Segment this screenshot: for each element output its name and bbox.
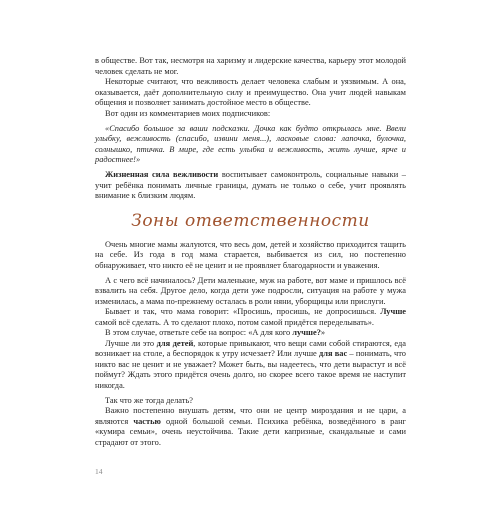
text-segment: Так что же тогда делать? bbox=[105, 396, 193, 405]
body-paragraph: Так что же тогда делать? bbox=[95, 396, 406, 407]
text-segment: в обществе. Вот так, несмотря на харизму… bbox=[95, 56, 406, 76]
text-segment: » bbox=[321, 328, 325, 337]
text-segment: Вот один из комментариев моих подписчико… bbox=[105, 109, 270, 118]
section-heading: Зоны ответственности bbox=[95, 210, 406, 232]
text-segment: В этом случае, ответьте себе на вопрос: … bbox=[105, 328, 292, 337]
text-segment: Очень многие мамы жалуются, что весь дом… bbox=[95, 240, 406, 270]
quote-paragraph: «Спасибо большое за ваши подсказки. Дочк… bbox=[95, 124, 406, 166]
bold-text-segment: лучше? bbox=[292, 328, 321, 337]
body-paragraph: Очень многие мамы жалуются, что весь дом… bbox=[95, 240, 406, 272]
text-segment: самой всё сделать. А то сделают плохо, п… bbox=[95, 318, 374, 327]
book-page: в обществе. Вот так, несмотря на харизму… bbox=[0, 0, 500, 532]
text-segment: «Спасибо большое за ваши подсказки. Дочк… bbox=[95, 124, 406, 165]
bold-text-segment: частью bbox=[133, 417, 161, 426]
page-text: в обществе. Вот так, несмотря на харизму… bbox=[95, 56, 406, 448]
body-paragraph: В этом случае, ответьте себе на вопрос: … bbox=[95, 328, 406, 339]
body-paragraph: Вот один из комментариев моих подписчико… bbox=[95, 109, 406, 120]
page-number: 14 bbox=[95, 467, 103, 476]
text-segment: Бывает и так, что мама говорит: «Просишь… bbox=[105, 307, 380, 316]
bold-text-segment: для детей bbox=[157, 339, 194, 348]
body-paragraph: Лучше ли это для детей, которые привыкаю… bbox=[95, 339, 406, 392]
body-paragraph: Важно постепенно внушать детям, что они … bbox=[95, 406, 406, 448]
body-paragraph: Некоторые считают, что вежливость делает… bbox=[95, 77, 406, 109]
body-paragraph: А с чего всё начиналось? Дети маленькие,… bbox=[95, 276, 406, 308]
bold-text-segment: Лучше bbox=[380, 307, 406, 316]
bold-text-segment: Жизненная сила вежливости bbox=[105, 170, 218, 179]
body-paragraph: в обществе. Вот так, несмотря на харизму… bbox=[95, 56, 406, 77]
body-paragraph: Бывает и так, что мама говорит: «Просишь… bbox=[95, 307, 406, 328]
text-segment: А с чего всё начиналось? Дети маленькие,… bbox=[95, 276, 406, 306]
bold-text-segment: для вас bbox=[319, 349, 347, 358]
text-segment: Некоторые считают, что вежливость делает… bbox=[95, 77, 406, 107]
body-paragraph: Жизненная сила вежливости воспитывает са… bbox=[95, 170, 406, 202]
text-segment: Лучше ли это bbox=[105, 339, 157, 348]
